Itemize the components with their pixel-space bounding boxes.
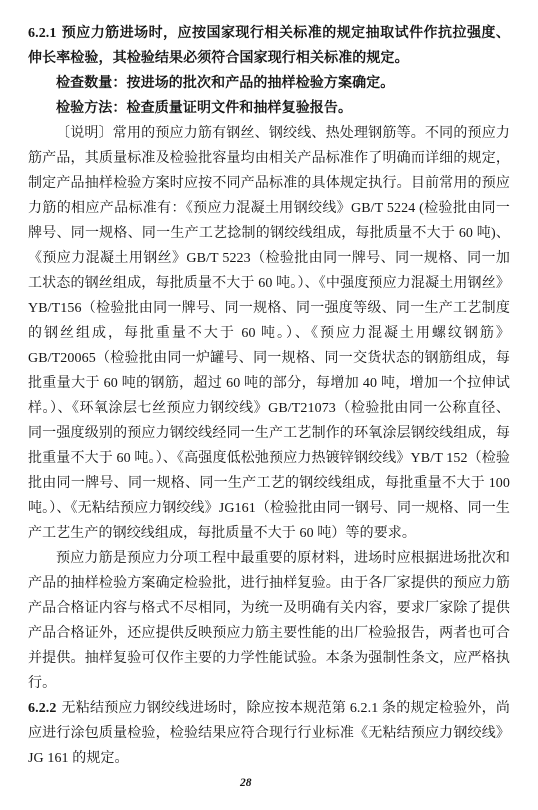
- clause-6-2-1-text: 预应力筋进场时，应按国家现行相关标准的规定抽取试件作抗拉强度、伸长率检验，其检验…: [28, 26, 510, 66]
- clause-6-2-2-text: 无粘结预应力钢绞线进场时，除应按本规范第 6.2.1 条的规定检验外，尚应进行涂…: [28, 701, 510, 766]
- check-method-line: 检验方法：检查质量证明文件和抽样复验报告。: [28, 96, 510, 121]
- note-paragraph-1: 〔说明〕常用的预应力筋有钢丝、钢绞线、热处理钢筋等。不同的预应力筋产品，其质量标…: [28, 121, 510, 546]
- document-page: 6.2.1预应力筋进场时，应按国家现行相关标准的规定抽取试件作抗拉强度、伸长率检…: [0, 0, 538, 810]
- clause-6-2-1-number: 6.2.1: [28, 26, 57, 41]
- clause-6-2-2: 6.2.2无粘结预应力钢绞线进场时，除应按本规范第 6.2.1 条的规定检验外，…: [28, 696, 510, 771]
- clause-6-2-2-number: 6.2.2: [28, 701, 57, 716]
- note-paragraph-2: 预应力筋是预应力分项工程中最重要的原材料，进场时应根据进场批次和产品的抽样检验方…: [28, 546, 510, 696]
- check-quantity-line: 检查数量：按进场的批次和产品的抽样检验方案确定。: [28, 71, 510, 96]
- clause-6-2-1: 6.2.1预应力筋进场时，应按国家现行相关标准的规定抽取试件作抗拉强度、伸长率检…: [28, 21, 510, 71]
- page-number: 28: [240, 777, 252, 789]
